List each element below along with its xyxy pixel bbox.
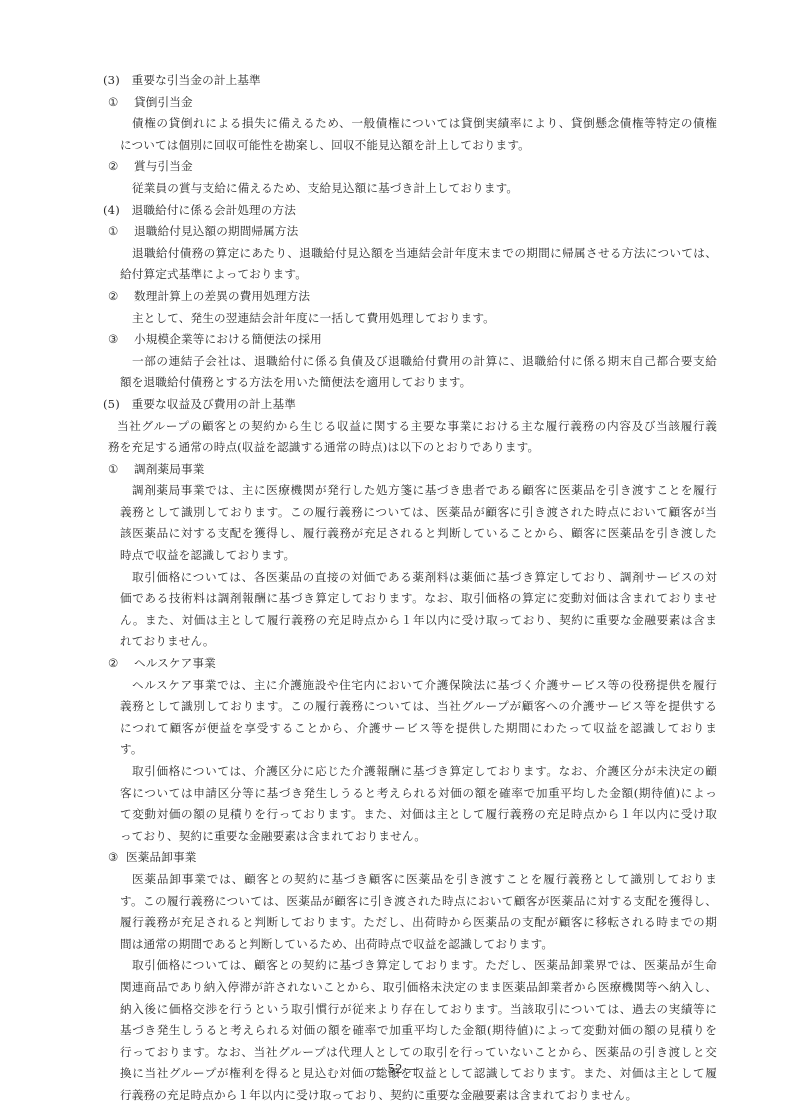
paragraph-line: 履行義務が充足されると判断しております。ただし、出荷時から医薬品の支配が顧客に移… — [103, 912, 717, 934]
paragraph-line: す。 — [103, 739, 717, 761]
paragraph-line: 義務として識別しております。この履行義務については、当社グループが顧客への介護サ… — [103, 696, 717, 718]
paragraph-line: 従業員の賞与支給に備えるため、支給見込額に基づき計上しております。 — [103, 178, 717, 200]
paragraph-line: 価である技術料は調剤報酬に基づき算定しております。なお、取引価格の算定に変動対価… — [103, 588, 717, 610]
subsection-heading-5-2: ②ヘルスケア事業 — [103, 653, 717, 675]
paragraph-line: 当社グループの顧客との契約から生じる収益に関する主要な事業における主な履行義務の… — [103, 416, 717, 438]
subsection-heading-4-1: ①退職給付見込額の期間帰属方法 — [103, 221, 717, 243]
paragraph-line: ん。また、対価は主として履行義務の充足時点から１年以内に受け取っており、契約に重… — [103, 610, 717, 632]
item-title: 数理計算上の差異の費用処理方法 — [134, 289, 310, 303]
paragraph-line: っており、契約に重要な金融要素は含まれておりません。 — [103, 826, 717, 848]
paragraph-line: 行っております。なお、当社グループは代理人としての取引を行っていないことから、医… — [103, 1042, 717, 1064]
paragraph-line: 給付算定式基準によっております。 — [103, 264, 717, 286]
subsection-heading-3-1: ①貸倒引当金 — [103, 92, 717, 114]
paragraph-line: 基づき発生しうると考えられる対価の額を確率で加重平均した金額(期待値)によって変… — [103, 1020, 717, 1042]
paragraph-line: 義務として識別しております。この履行義務については、医薬品が顧客に引き渡された時… — [103, 502, 717, 524]
paragraph-line: 該医薬品に対する支配を獲得し、履行義務が充足されると判断していることから、顧客に… — [103, 523, 717, 545]
page-number: ― 52 ― — [0, 1062, 790, 1076]
paragraph-line: 務を充足する通常の時点(収益を認識する通常の時点)は以下のとおりであります。 — [103, 437, 717, 459]
item-number: ① — [108, 459, 134, 481]
item-title: 調剤薬局事業 — [134, 462, 204, 476]
item-title: 貸倒引当金 — [134, 95, 193, 109]
item-title: 賞与引当金 — [134, 159, 193, 173]
paragraph-line: については個別に回収可能性を勘案し、回収不能見込額を計上しております。 — [103, 135, 717, 157]
item-number: ① — [108, 92, 134, 114]
paragraph-line: 主として、発生の翌連結会計年度に一括して費用処理しております。 — [103, 308, 717, 330]
paragraph-line: て変動対価の額の見積りを行っております。また、対価は主として履行義務の充足時点か… — [103, 804, 717, 826]
document-page: (3) 重要な引当金の計上基準 ①貸倒引当金 債権の貸倒れによる損失に備えるため… — [0, 0, 790, 1118]
paragraph-line: 一部の連結子会社は、退職給付に係る負債及び退職給付費用の計算に、退職給付に係る期… — [103, 351, 717, 373]
subsection-heading-3-2: ②賞与引当金 — [103, 156, 717, 178]
item-number: ② — [108, 653, 134, 675]
item-title: 小規模企業等における簡便法の採用 — [134, 332, 322, 346]
paragraph-line: 間は通常の期間であると判断しているため、出荷時点で収益を認識しております。 — [103, 934, 717, 956]
section-heading-3: (3) 重要な引当金の計上基準 — [103, 70, 717, 92]
section-heading-4: (4) 退職給付に係る会計処理の方法 — [103, 200, 717, 222]
paragraph-line: 取引価格については、各医薬品の直接の対価である薬剤料は薬価に基づき算定しており、… — [103, 567, 717, 589]
paragraph-line: 客については申請区分等に基づき発生しうると考えられる対価の額を確率で加重平均した… — [103, 783, 717, 805]
subsection-heading-5-1: ①調剤薬局事業 — [103, 459, 717, 481]
item-number: ② — [108, 156, 134, 178]
paragraph-line: ヘルスケア事業では、主に介護施設や住宅内において介護保険法に基づく介護サービス等… — [103, 675, 717, 697]
item-title: ヘルスケア事業 — [134, 656, 216, 670]
item-title: 医薬品卸事業 — [126, 850, 196, 864]
item-number: ③ — [108, 329, 134, 351]
paragraph-line: 調剤薬局事業では、主に医療機関が発行した処方箋に基づき患者である顧客に医薬品を引… — [103, 480, 717, 502]
item-number: ① — [108, 221, 134, 243]
item-number: ③ — [108, 847, 126, 869]
paragraph-line: 債権の貸倒れによる損失に備えるため、一般債権については貸倒実績率により、貸倒懸念… — [103, 113, 717, 135]
paragraph-line: 行義務の充足時点から１年以内に受け取っており、契約に重要な金融要素は含まれており… — [103, 1085, 717, 1107]
paragraph-line: れておりません。 — [103, 631, 717, 653]
item-number: ② — [108, 286, 134, 308]
paragraph-line: 取引価格については、介護区分に応じた介護報酬に基づき算定しております。なお、介護… — [103, 761, 717, 783]
paragraph-line: す。この履行義務については、医薬品が顧客に引き渡された時点において顧客が医薬品に… — [103, 891, 717, 913]
subsection-heading-4-3: ③小規模企業等における簡便法の採用 — [103, 329, 717, 351]
paragraph-line: 関連商品であり納入停滞が許されないことから、取引価格未決定のまま医薬品卸業者から… — [103, 977, 717, 999]
paragraph-line: につれて顧客が便益を享受することから、介護サービス等を提供した期間にわたって収益… — [103, 718, 717, 740]
paragraph-line: 納入後に価格交渉を行うという取引慣行が従来より存在しております。当該取引について… — [103, 999, 717, 1021]
paragraph-line: 取引価格については、顧客との契約に基づき算定しております。ただし、医薬品卸業界で… — [103, 955, 717, 977]
paragraph-line: 時点で収益を認識しております。 — [103, 545, 717, 567]
paragraph-line: 額を退職給付債務とする方法を用いた簡便法を適用しております。 — [103, 372, 717, 394]
section-heading-5: (5) 重要な収益及び費用の計上基準 — [103, 394, 717, 416]
subsection-heading-4-2: ②数理計算上の差異の費用処理方法 — [103, 286, 717, 308]
item-title: 退職給付見込額の期間帰属方法 — [134, 224, 298, 238]
subsection-heading-5-3: ③医薬品卸事業 — [103, 847, 717, 869]
document-body: (3) 重要な引当金の計上基準 ①貸倒引当金 債権の貸倒れによる損失に備えるため… — [103, 70, 717, 1107]
paragraph-line: 退職給付債務の算定にあたり、退職給付見込額を当連結会計年度末までの期間に帰属させ… — [103, 243, 717, 265]
paragraph-line: 医薬品卸事業では、顧客との契約に基づき顧客に医薬品を引き渡すことを履行義務として… — [103, 869, 717, 891]
